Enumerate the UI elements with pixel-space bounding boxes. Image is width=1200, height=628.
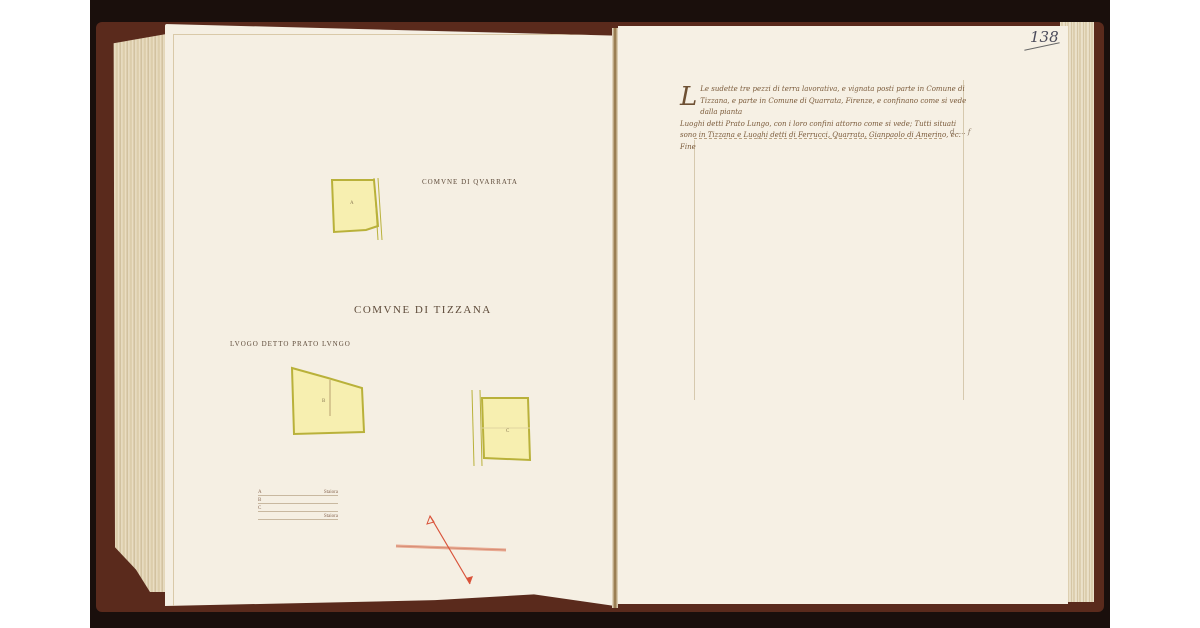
decorated-initial: L bbox=[680, 84, 697, 110]
parcel-a: A bbox=[328, 170, 388, 247]
legend-row: AStaiora bbox=[258, 490, 338, 496]
text-line: Tizzana, e parte in Comune di Quarrata, … bbox=[680, 96, 970, 119]
text-line: sono in Tizzana e Luoghi detti di Ferruc… bbox=[680, 130, 970, 142]
text-line: Fine bbox=[680, 142, 970, 154]
parcel-a-label: A bbox=[350, 201, 354, 206]
text-line: Le sudette tre pezzi di terra lavorativa… bbox=[680, 84, 970, 96]
legend-row: Staiora bbox=[258, 514, 338, 520]
text-line: Luoghi detti Prato Lungo, con i loro con… bbox=[680, 119, 970, 131]
dashed-fill-line bbox=[694, 138, 942, 139]
legend-row: B bbox=[258, 498, 338, 504]
side-note: d .... f bbox=[950, 128, 970, 136]
north-arrow-icon bbox=[430, 516, 470, 584]
label-luogo-detto: LVOGO DETTO PRATO LVNGO bbox=[230, 340, 351, 348]
compass-scale-bar bbox=[394, 512, 514, 597]
parcel-c: C bbox=[468, 388, 538, 473]
label-comune-tizzana: COMVNE DI TIZZANA bbox=[354, 304, 492, 316]
parcel-b: B bbox=[284, 360, 374, 445]
label-comune-quarrata: COMVNE DI QVARRATA bbox=[422, 178, 518, 186]
handwritten-text: L Le sudette tre pezzi di terra lavorati… bbox=[680, 84, 970, 153]
scale-legend: AStaiora B C Staiora bbox=[258, 490, 338, 522]
margin-rule-left bbox=[694, 140, 695, 400]
legend-row: C bbox=[258, 506, 338, 512]
